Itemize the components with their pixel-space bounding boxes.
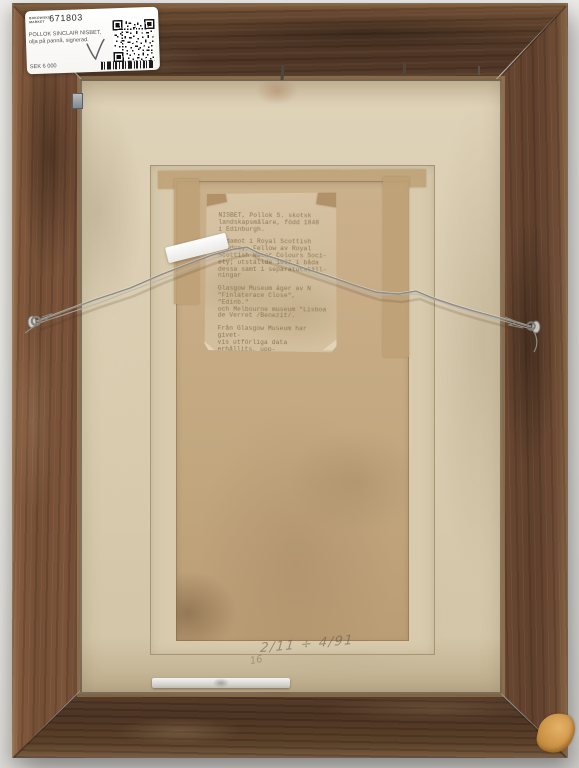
typewritten-text: NISBET, Pollok S. skotsk landskapsmålare…	[217, 213, 330, 367]
label-paragraph: NISBET, Pollok S. skotsk landskapsmålare…	[218, 213, 330, 234]
metal-clip	[72, 93, 83, 109]
label-holder-strip	[152, 678, 290, 688]
panel-recess: NISBET, Pollok S. skotsk landskapsmålare…	[150, 165, 435, 655]
typewritten-label: NISBET, Pollok S. skotsk landskapsmålare…	[204, 192, 337, 353]
check-mark-icon	[84, 39, 107, 62]
backing-board: NISBET, Pollok S. skotsk landskapsmålare…	[80, 79, 502, 694]
estimate-text: SEK 6 000	[30, 63, 57, 70]
frame-rail-bottom	[12, 688, 568, 758]
barcode-icon	[101, 60, 155, 70]
auction-sticker: BUKOWSKIS MARKET 671803 POLLOK SINCLAIR …	[25, 7, 160, 75]
pencil-inscription: 16	[249, 654, 263, 667]
qr-code-icon	[112, 19, 155, 62]
label-paragraph: Ledamot i Royal Scottish Academy, Fellow…	[218, 239, 330, 281]
tape-strip	[383, 177, 409, 357]
frame-rail-left	[12, 3, 82, 758]
nail	[403, 63, 406, 75]
nail	[478, 66, 480, 75]
photo-backdrop: NISBET, Pollok S. skotsk landskapsmålare…	[0, 0, 579, 768]
label-paragraph: Glasgow Museum äger av N "Finlaterace Cl…	[218, 286, 330, 321]
picture-frame-back: NISBET, Pollok S. skotsk landskapsmålare…	[12, 3, 568, 758]
technique-text: olja på pannå, signerad.	[29, 37, 89, 45]
frame-rail-right	[496, 3, 568, 758]
lot-number: 671803	[49, 12, 83, 23]
